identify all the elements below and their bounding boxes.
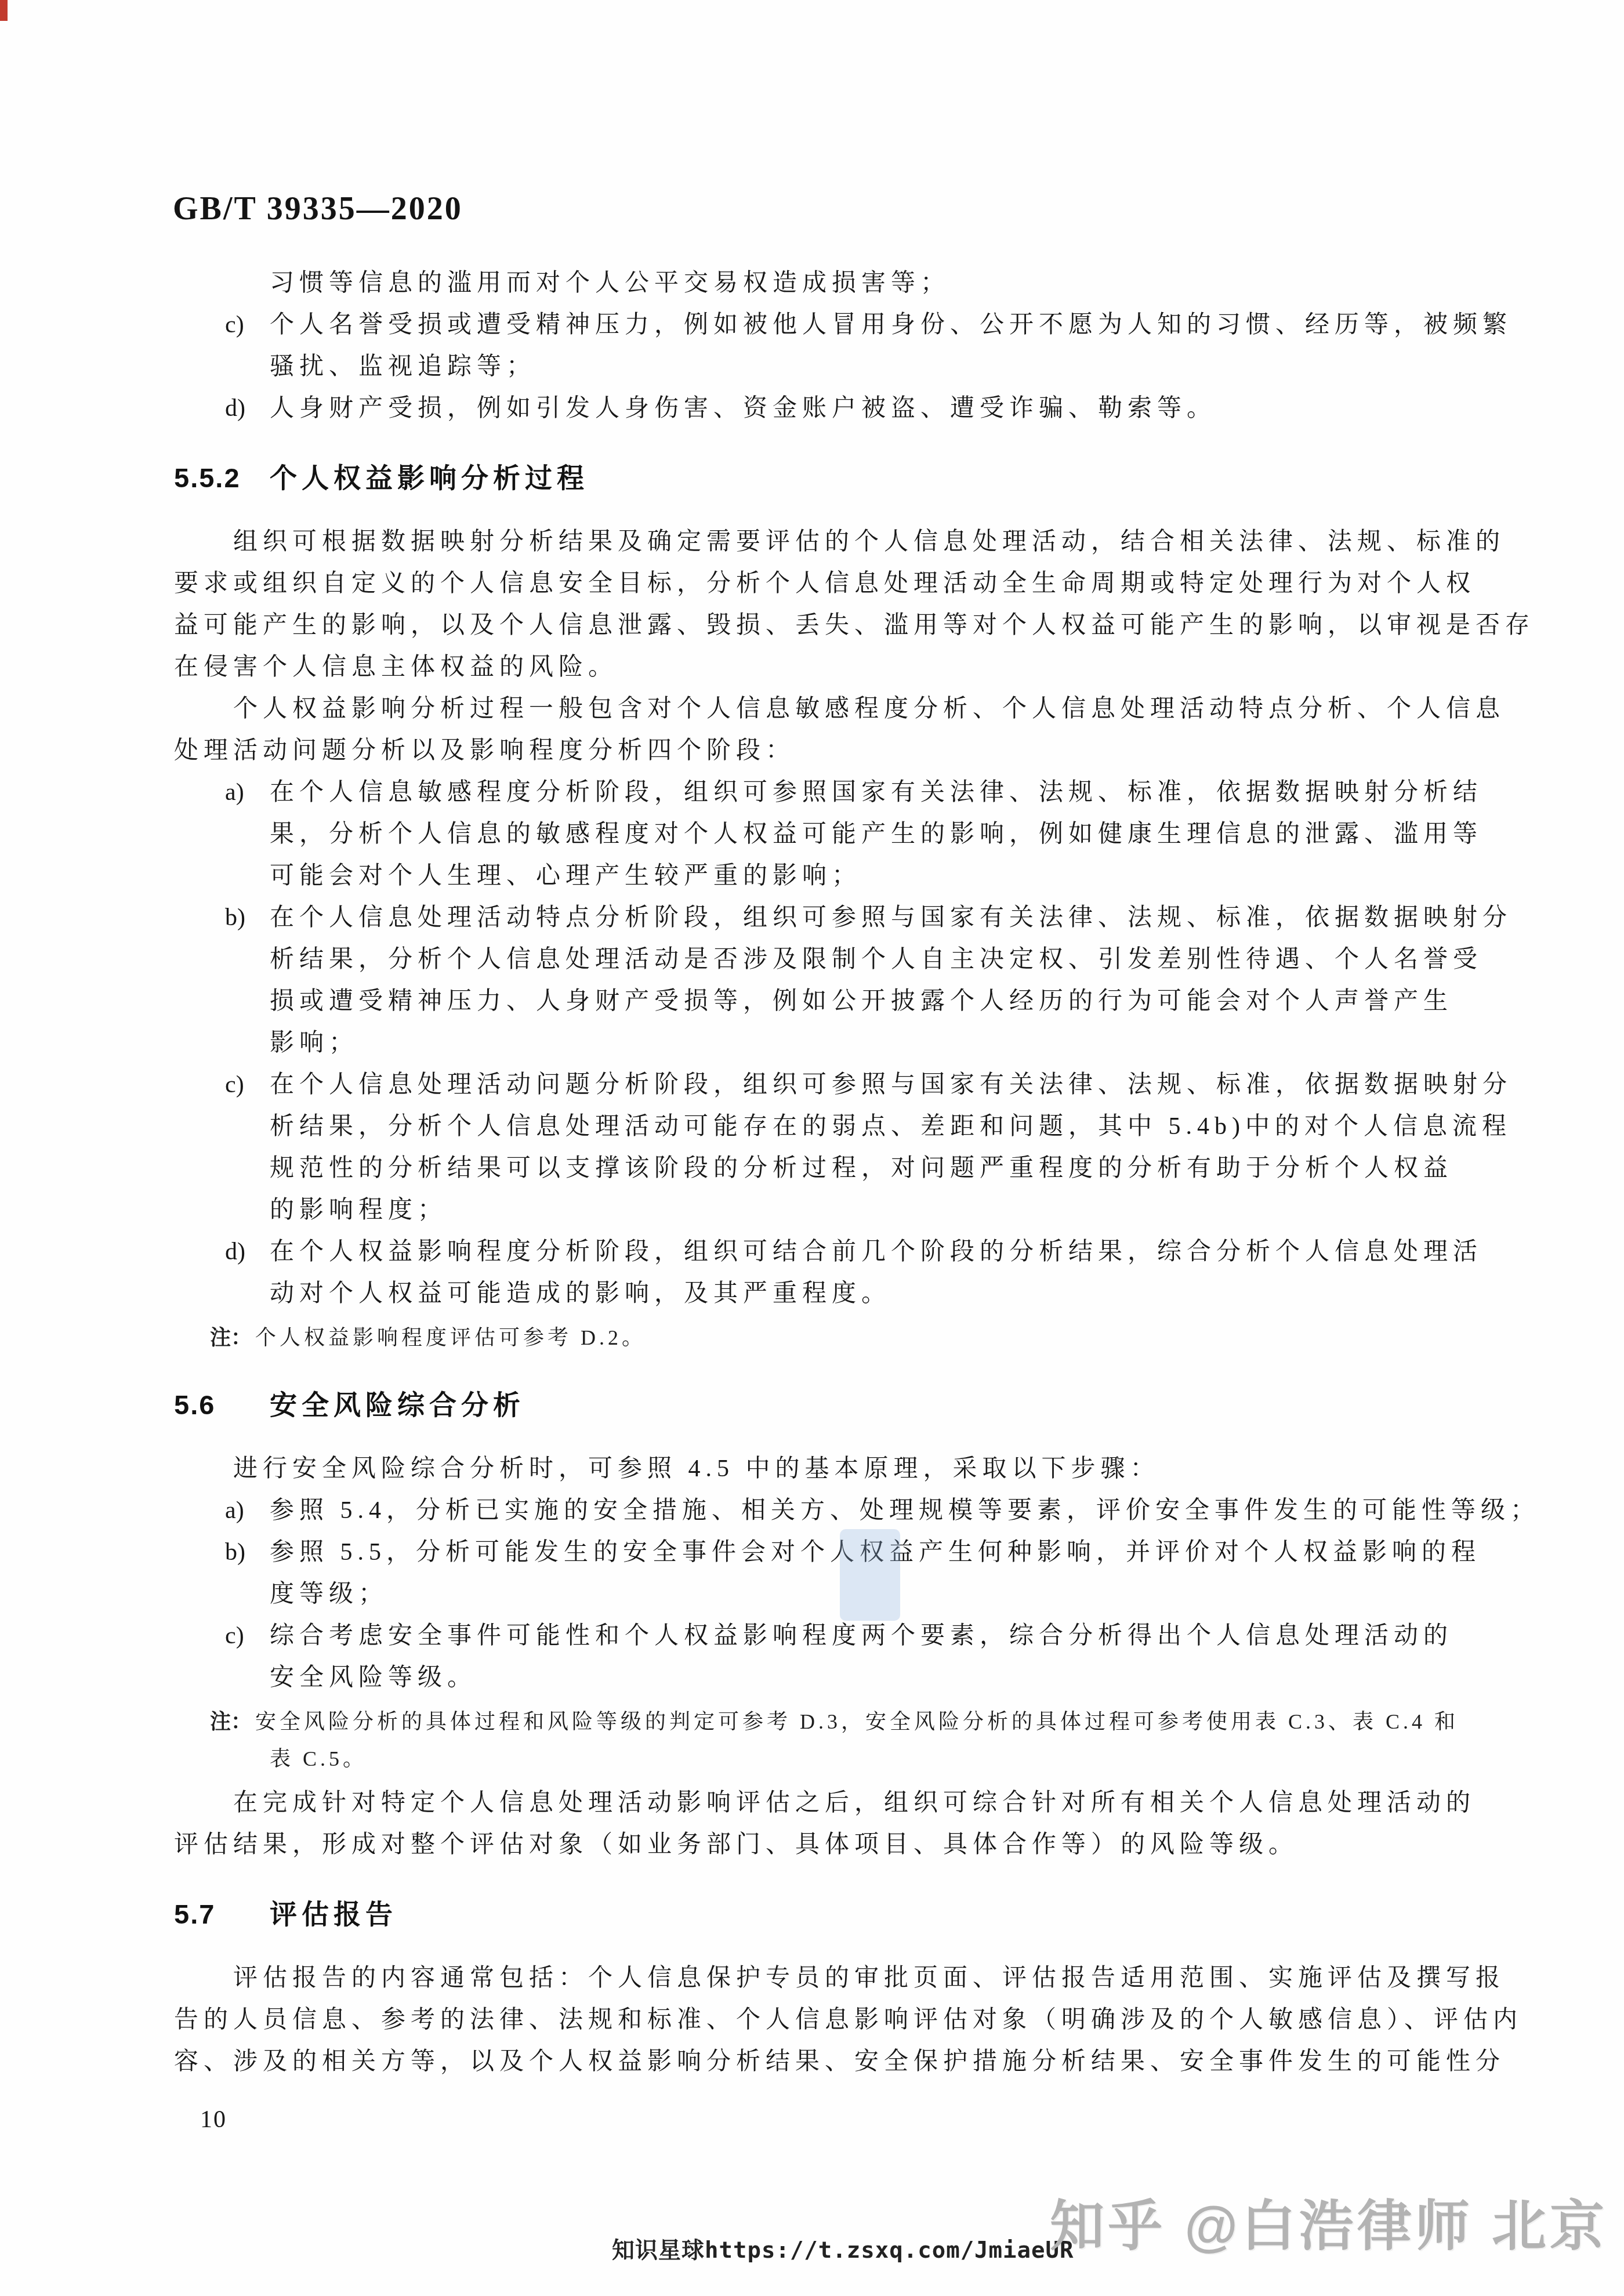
note: 注：个人权益影响程度评估可参考 D.2。 <box>174 1319 1479 1356</box>
text-line: 习惯等信息的滥用而对个人公平交易权造成损害等； <box>270 262 1479 304</box>
text-line: 析结果，分析个人信息处理活动可能存在的弱点、差距和问题，其中 5.4b)中的对个… <box>270 1106 1479 1147</box>
text-line: 在侵害个人信息主体权益的风险。 <box>174 646 1479 688</box>
text-line: 要求或组织自定义的个人信息安全目标，分析个人信息处理活动全生命周期或特定处理行为… <box>174 563 1479 604</box>
text-line: 进行安全风险综合分析时，可参照 4.5 中的基本原理，采取以下步骤： <box>174 1448 1479 1490</box>
text-line: 处理活动问题分析以及影响程度分析四个阶段： <box>174 730 1479 772</box>
text-line: b)参照 5.5，分析可能发生的安全事件会对个人权益产生何种影响，并评价对个人权… <box>174 1531 1479 1573</box>
paragraph: 个人权益影响分析过程一般包含对个人信息敏感程度分析、个人信息处理活动特点分析、个… <box>174 688 1479 772</box>
section-title: 个人权益影响分析过程 <box>270 462 589 493</box>
list-item: a)在个人信息敏感程度分析阶段，组织可参照国家有关法律、法规、标准，依据数据映射… <box>174 772 1479 897</box>
text-line: 组织可根据数据映射分析结果及确定需要评估的个人信息处理活动，结合相关法律、法规、… <box>174 521 1479 563</box>
paragraph-continuation: 习惯等信息的滥用而对个人公平交易权造成损害等； <box>174 262 1479 304</box>
text-line: 损或遭受精神压力、人身财产受损等，例如公开披露个人经历的行为可能会对个人声誉产生 <box>270 980 1479 1022</box>
text-line: 影响； <box>270 1022 1479 1064</box>
text-line: 析结果，分析个人信息处理活动是否涉及限制个人自主决定权、引发差别性待遇、个人名誉… <box>270 939 1479 980</box>
item-label: b) <box>225 897 270 939</box>
footer-share-link: 知识星球https://t.zsxq.com/JmiaeUR <box>612 2232 1074 2265</box>
list-item: b)参照 5.5，分析可能发生的安全事件会对个人权益产生何种影响，并评价对个人权… <box>174 1531 1479 1615</box>
text-line: a)参照 5.4，分析已实施的安全措施、相关方、处理规模等要素，评价安全事件发生… <box>174 1490 1479 1531</box>
section-heading: 5.6安全风险综合分析 <box>174 1388 1479 1422</box>
item-label: d) <box>225 1231 270 1273</box>
text-line: c)个人名誉受损或遭受精神压力，例如被他人冒用身份、公开不愿为人知的习惯、经历等… <box>174 304 1479 346</box>
section-number: 5.5.2 <box>174 461 270 495</box>
section-number: 5.6 <box>174 1388 270 1422</box>
list-item: c)个人名誉受损或遭受精神压力，例如被他人冒用身份、公开不愿为人知的习惯、经历等… <box>174 304 1479 388</box>
text-line: 告的人员信息、参考的法律、法规和标准、个人信息影响评估对象（明确涉及的个人敏感信… <box>174 1999 1479 2041</box>
text-line: 表 C.5。 <box>270 1740 1479 1777</box>
list-item: c)综合考虑安全事件可能性和个人权益影响程度两个要素，综合分析得出个人信息处理活… <box>174 1615 1479 1699</box>
text-line: 评估结果，形成对整个评估对象（如业务部门、具体项目、具体合作等）的风险等级。 <box>174 1824 1479 1866</box>
text-line: c)在个人信息处理活动问题分析阶段，组织可参照与国家有关法律、法规、标准，依据数… <box>174 1064 1479 1106</box>
document-page: GB/T 39335—2020 习惯等信息的滥用而对个人公平交易权造成损害等；c… <box>0 0 1624 2296</box>
text-line: 的影响程度； <box>270 1189 1479 1231</box>
note: 注：安全风险分析的具体过程和风险等级的判定可参考 D.3，安全风险分析的具体过程… <box>174 1703 1479 1777</box>
item-label: c) <box>225 1615 270 1657</box>
text-line: 个人权益影响分析过程一般包含对个人信息敏感程度分析、个人信息处理活动特点分析、个… <box>174 688 1479 730</box>
text-line: 益可能产生的影响，以及个人信息泄露、毁损、丢失、滥用等对个人权益可能产生的影响，… <box>174 604 1479 646</box>
text-line: a)在个人信息敏感程度分析阶段，组织可参照国家有关法律、法规、标准，依据数据映射… <box>174 772 1479 813</box>
section-title: 评估报告 <box>270 1899 397 1929</box>
scan-corner-mark <box>0 0 8 21</box>
list-item: d)人身财产受损，例如引发人身伤害、资金账户被盗、遭受诈骗、勒索等。 <box>174 388 1479 429</box>
item-label: a) <box>225 1490 270 1531</box>
standard-number-header: GB/T 39335—2020 <box>173 190 463 227</box>
document-content: 习惯等信息的滥用而对个人公平交易权造成损害等；c)个人名誉受损或遭受精神压力，例… <box>174 262 1479 2083</box>
text-line: 安全风险等级。 <box>270 1657 1479 1699</box>
item-label: a) <box>225 772 270 813</box>
page-number: 10 <box>200 2106 227 2134</box>
item-label: 注： <box>210 1319 252 1356</box>
text-line: d)人身财产受损，例如引发人身伤害、资金账户被盗、遭受诈骗、勒索等。 <box>174 388 1479 429</box>
paragraph: 评估报告的内容通常包括：个人信息保护专员的审批页面、评估报告适用范围、实施评估及… <box>174 1957 1479 2083</box>
item-label: b) <box>225 1531 270 1573</box>
section-number: 5.7 <box>174 1897 270 1931</box>
text-line: 骚扰、监视追踪等； <box>270 346 1479 388</box>
paragraph: 进行安全风险综合分析时，可参照 4.5 中的基本原理，采取以下步骤： <box>174 1448 1479 1490</box>
list-item: a)参照 5.4，分析已实施的安全措施、相关方、处理规模等要素，评价安全事件发生… <box>174 1490 1479 1531</box>
text-line: 可能会对个人生理、心理产生较严重的影响； <box>270 855 1479 897</box>
text-line: b)在个人信息处理活动特点分析阶段，组织可参照与国家有关法律、法规、标准，依据数… <box>174 897 1479 939</box>
text-line: 注：安全风险分析的具体过程和风险等级的判定可参考 D.3，安全风险分析的具体过程… <box>174 1703 1479 1740</box>
zhihu-author-watermark: 知乎 @白浩律师 北京 <box>1050 2182 1608 2261</box>
text-line: 果，分析个人信息的敏感程度对个人权益可能产生的影响，例如健康生理信息的泄露、滥用… <box>270 813 1479 855</box>
list-item: d)在个人权益影响程度分析阶段，组织可结合前几个阶段的分析结果，综合分析个人信息… <box>174 1231 1479 1314</box>
text-line: 注：个人权益影响程度评估可参考 D.2。 <box>174 1319 1479 1356</box>
text-line: 容、涉及的相关方等，以及个人权益影响分析结果、安全保护措施分析结果、安全事件发生… <box>174 2041 1479 2083</box>
paragraph: 在完成针对特定个人信息处理活动影响评估之后，组织可综合针对所有相关个人信息处理活… <box>174 1782 1479 1866</box>
list-item: c)在个人信息处理活动问题分析阶段，组织可参照与国家有关法律、法规、标准，依据数… <box>174 1064 1479 1231</box>
item-label: c) <box>225 1064 270 1106</box>
text-line: 动对个人权益可能造成的影响，及其严重程度。 <box>270 1273 1479 1314</box>
text-line: c)综合考虑安全事件可能性和个人权益影响程度两个要素，综合分析得出个人信息处理活… <box>174 1615 1479 1657</box>
paragraph: 组织可根据数据映射分析结果及确定需要评估的个人信息处理活动，结合相关法律、法规、… <box>174 521 1479 688</box>
item-label: 注： <box>210 1703 252 1740</box>
text-line: d)在个人权益影响程度分析阶段，组织可结合前几个阶段的分析结果，综合分析个人信息… <box>174 1231 1479 1273</box>
section-heading: 5.7评估报告 <box>174 1897 1479 1931</box>
text-line: 评估报告的内容通常包括：个人信息保护专员的审批页面、评估报告适用范围、实施评估及… <box>174 1957 1479 1999</box>
text-line: 规范性的分析结果可以支撑该阶段的分析过程，对问题严重程度的分析有助于分析个人权益 <box>270 1147 1479 1189</box>
text-line: 在完成针对特定个人信息处理活动影响评估之后，组织可综合针对所有相关个人信息处理活… <box>174 1782 1479 1824</box>
faint-blue-watermark <box>840 1529 900 1621</box>
list-item: b)在个人信息处理活动特点分析阶段，组织可参照与国家有关法律、法规、标准，依据数… <box>174 897 1479 1064</box>
item-label: d) <box>225 388 270 429</box>
item-label: c) <box>225 304 270 346</box>
section-title: 安全风险综合分析 <box>270 1389 525 1420</box>
section-heading: 5.5.2个人权益影响分析过程 <box>174 461 1479 495</box>
